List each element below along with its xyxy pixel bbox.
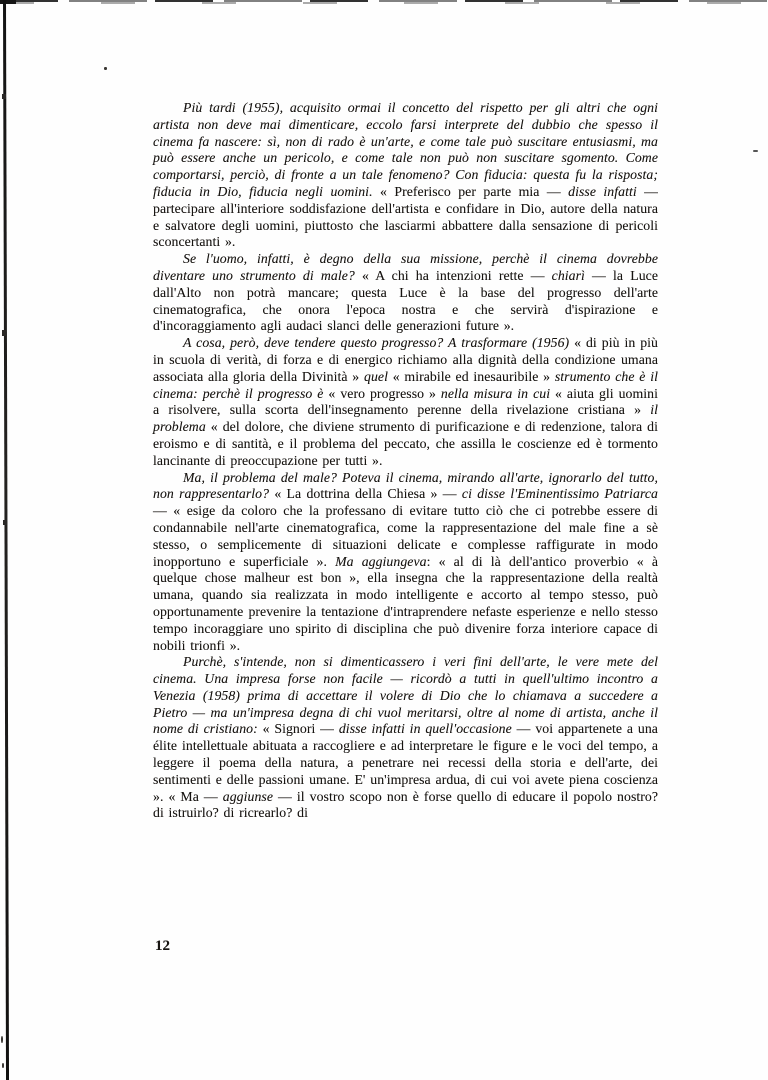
text-segment: « A chi ha intenzioni rette — <box>362 268 552 283</box>
paragraph: Se l'uomo, infatti, è degno della sua mi… <box>153 251 658 335</box>
text-segment: « mirabile ed inesauribile » <box>393 369 555 384</box>
text-segment: « vero progresso » <box>328 386 441 401</box>
text-segment: disse infatti in quell'occasione <box>339 721 512 736</box>
paragraph: Ma, il problema del male? Poteva il cine… <box>153 470 658 655</box>
text-segment: « del dolore, che diviene strumento di p… <box>153 419 658 468</box>
paragraph: Purchè, s'intende, non si dimenticassero… <box>153 654 658 822</box>
scan-artifact-top-edge-fuzz <box>0 2 768 4</box>
text-segment: chiarì <box>552 268 585 283</box>
text-segment: Ma aggiungeva <box>335 554 427 569</box>
text-segment: ci disse l'Eminentissimo Patriarca <box>462 486 658 501</box>
scan-artifact-nub <box>2 94 6 99</box>
scan-artifact-nub <box>2 330 6 336</box>
paragraph: A cosa, però, deve tendere questo progre… <box>153 335 658 469</box>
scan-artifact-left-edge <box>3 0 9 1080</box>
scan-artifact-speck <box>104 67 107 70</box>
scan-artifact-nub <box>3 520 7 525</box>
text-segment: « Signori — <box>263 721 339 736</box>
text-segment: quel <box>364 369 393 384</box>
text-segment: « La dottrina della Chiesa » — <box>274 486 462 501</box>
text-segment: A cosa, però, deve tendere questo progre… <box>183 335 574 350</box>
scan-artifact-speck <box>1 1036 3 1043</box>
text-segment: « Preferisco per parte mia — <box>380 184 568 199</box>
page-text-block: Più tardi (1955), acquisito ormai il con… <box>153 100 658 822</box>
scanned-book-page: Più tardi (1955), acquisito ormai il con… <box>0 0 768 1080</box>
scan-artifact-speck <box>753 150 758 152</box>
text-segment: nella misura in cui <box>441 386 555 401</box>
text-segment: aggiunse <box>223 789 273 804</box>
text-segment: disse infatti <box>568 184 637 199</box>
paragraph: Più tardi (1955), acquisito ormai il con… <box>153 100 658 251</box>
page-number: 12 <box>155 938 170 955</box>
scan-artifact-speck <box>2 1063 4 1068</box>
